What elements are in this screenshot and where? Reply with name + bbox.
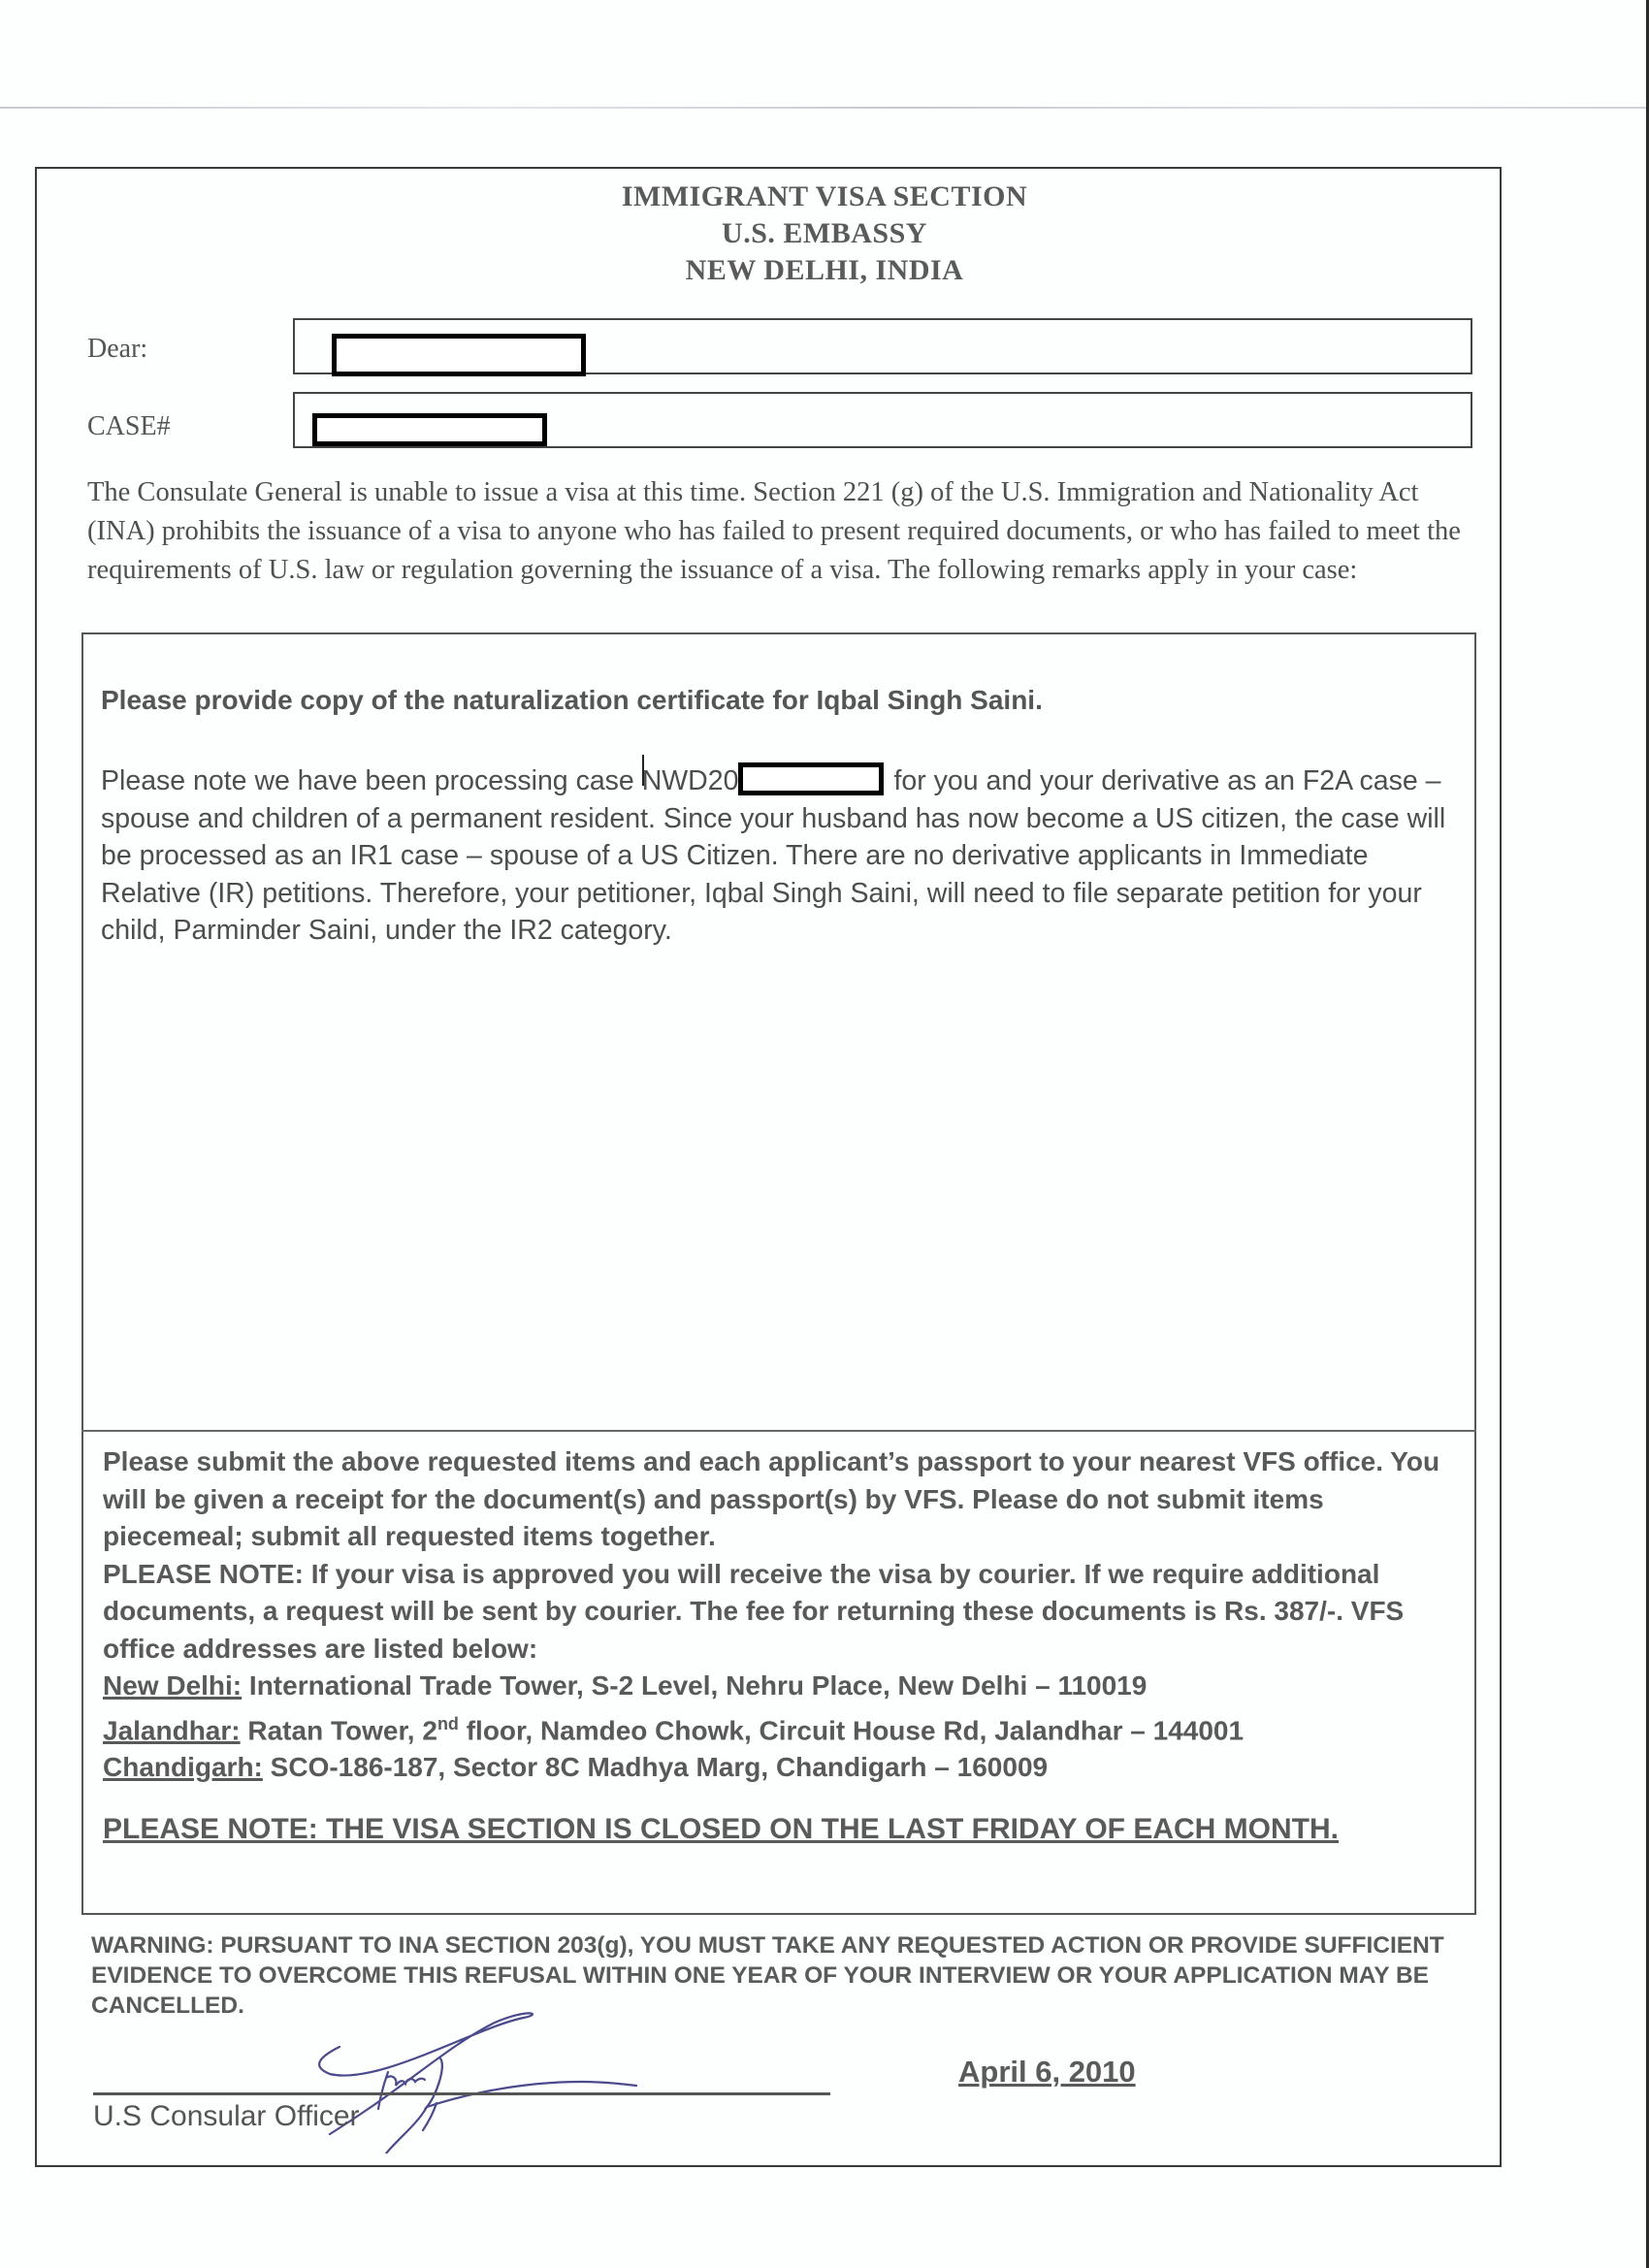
case-remarks: Please note we have been processing case… — [101, 755, 1469, 950]
office-new-delhi-label: New Delhi: — [103, 1670, 242, 1701]
officer-title: U.S Consular Officer — [93, 2100, 360, 2133]
dear-field — [293, 318, 1472, 374]
ordinal-suffix: nd — [437, 1714, 459, 1733]
letterhead-embassy: U.S. EMBASSY — [0, 215, 1649, 252]
letterhead-section: IMMIGRANT VISA SECTION — [0, 178, 1649, 215]
letterhead-location: NEW DELHI, INDIA — [0, 252, 1649, 289]
letterhead: IMMIGRANT VISA SECTION U.S. EMBASSY NEW … — [0, 178, 1649, 289]
case-number-redaction — [738, 762, 884, 795]
remarks-text-start: Please note we have been processing case — [101, 765, 642, 796]
office-new-delhi-address: International Trade Tower, S-2 Level, Ne… — [242, 1670, 1147, 1701]
office-jalandhar-address: Ratan Tower, 2 — [241, 1715, 437, 1745]
document-request: Please provide copy of the naturalizatio… — [101, 685, 1043, 716]
office-jalandhar-label: Jalandhar: — [103, 1715, 241, 1745]
submission-paragraph: Please submit the above requested items … — [103, 1446, 1439, 1551]
dear-redaction — [332, 334, 586, 376]
letter-date: April 6, 2010 — [958, 2055, 1136, 2090]
dear-label: Dear: — [87, 334, 147, 365]
office-jalandhar-address-end: floor, Namdeo Chowk, Circuit House Rd, J… — [459, 1715, 1244, 1745]
courier-note: PLEASE NOTE: If your visa is approved yo… — [103, 1559, 1404, 1664]
case-number-prefix: NWD20 — [642, 765, 739, 796]
office-chandigarh-label: Chandigarh: — [103, 1752, 263, 1782]
case-redaction — [312, 413, 547, 446]
refusal-intro: The Consulate General is unable to issue… — [87, 473, 1474, 590]
case-field — [293, 392, 1472, 448]
submission-instructions: Please submit the above requested items … — [103, 1443, 1471, 1787]
closure-notice: PLEASE NOTE: THE VISA SECTION IS CLOSED … — [103, 1810, 1364, 1849]
scan-fold-line — [0, 107, 1649, 109]
office-chandigarh-address: SCO-186-187, Sector 8C Madhya Marg, Chan… — [263, 1752, 1048, 1782]
case-label: CASE# — [87, 411, 171, 442]
remarks-divider — [81, 1430, 1476, 1432]
signature-line — [93, 2092, 830, 2095]
officer-signature — [291, 1989, 873, 2154]
